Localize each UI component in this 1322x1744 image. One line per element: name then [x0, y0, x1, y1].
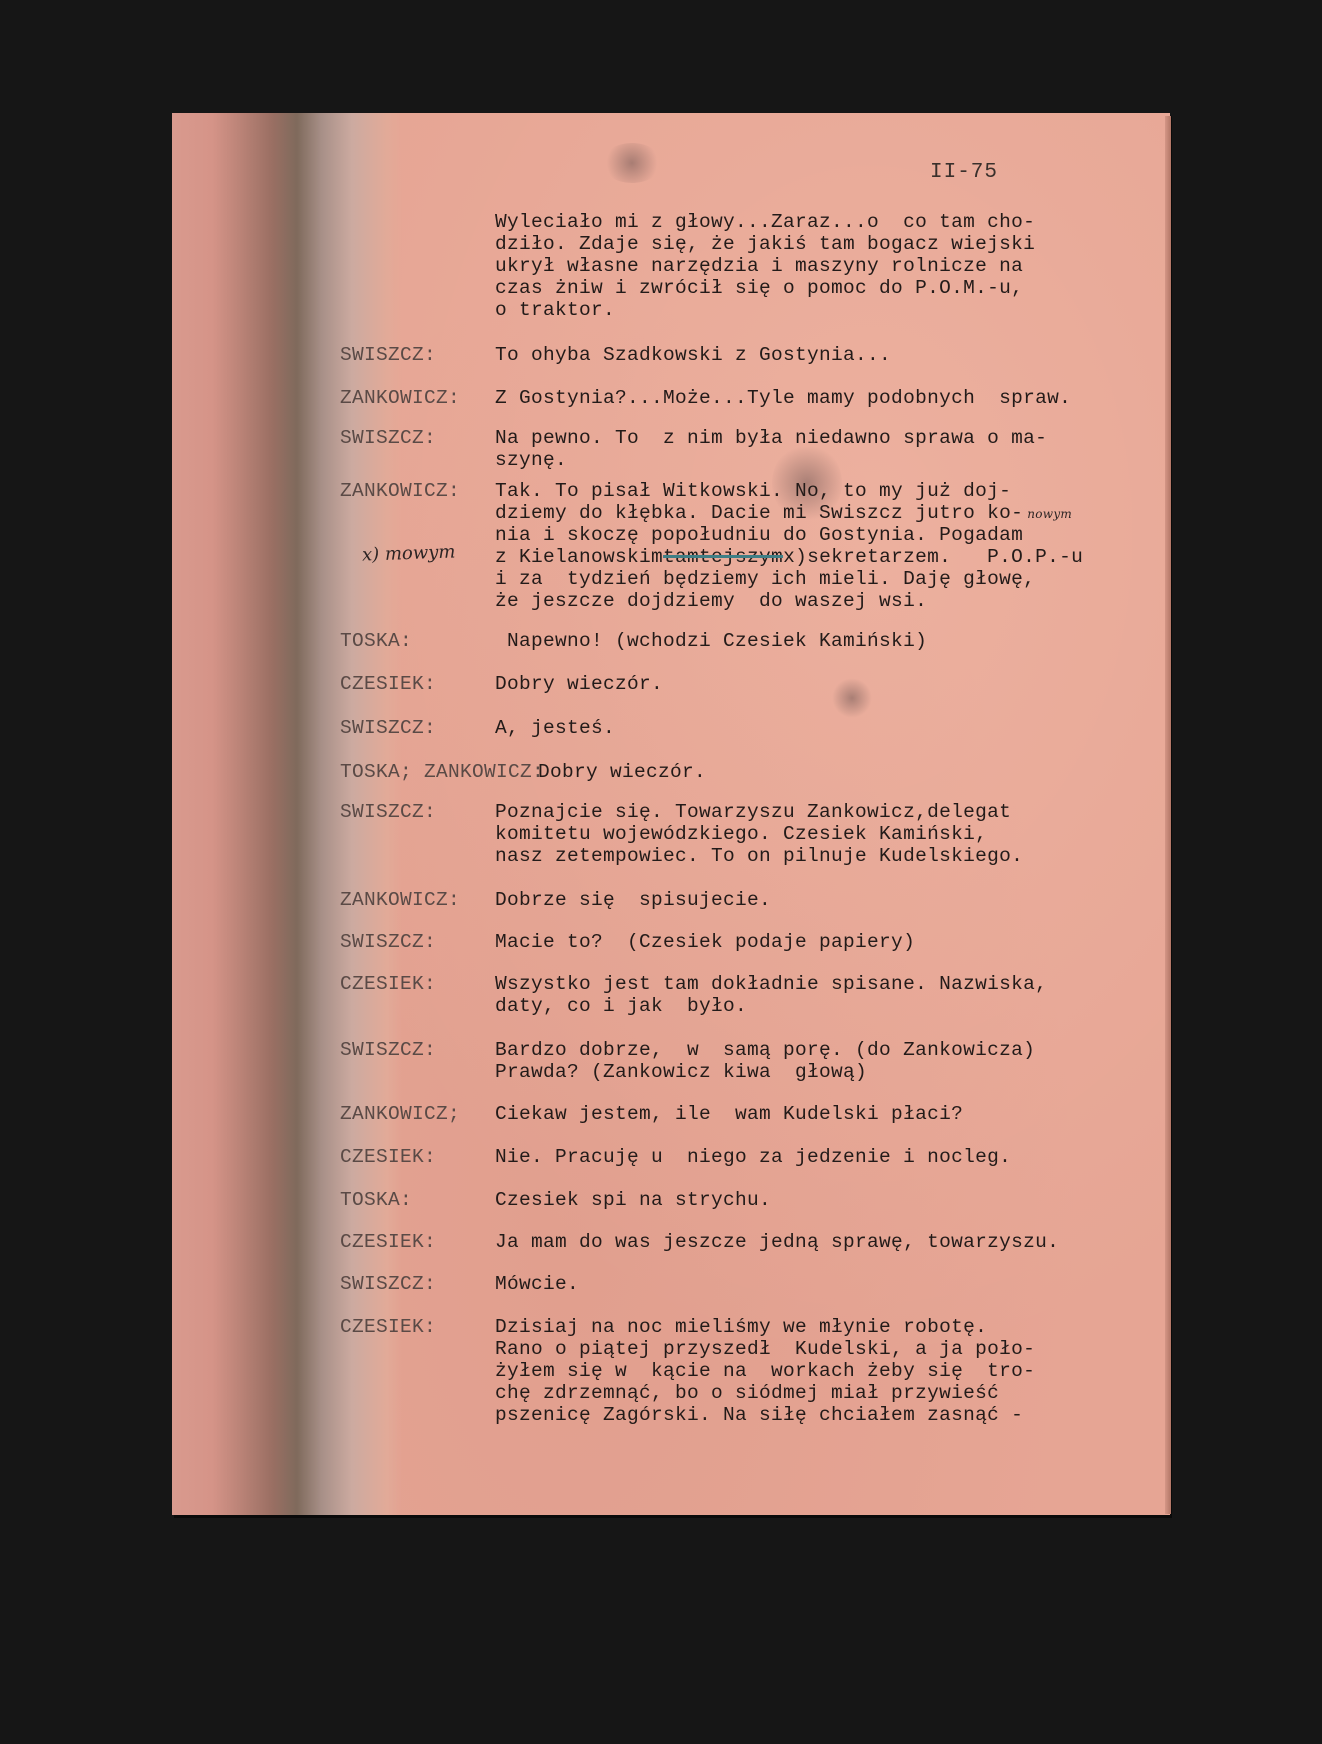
speaker-label: ZANKOWICZ:	[340, 387, 460, 409]
dialogue-line: ukrył własne narzędzia i maszyny rolnicz…	[495, 255, 1023, 277]
dialogue-line: o traktor.	[495, 299, 615, 321]
page-stack-edge	[1165, 116, 1171, 1514]
dialogue-line: daty, co i jak było.	[495, 995, 747, 1017]
speaker-label: CZESIEK:	[340, 1146, 436, 1168]
dialogue-line: chę zdrzemnąć, bo o siódmej miał przywie…	[495, 1382, 999, 1404]
dialogue-line: To ohyba Szadkowski z Gostynia...	[495, 344, 891, 366]
dialogue-line: i za tydzień będziemy ich mieli. Daję gł…	[495, 568, 1035, 590]
dialogue-line: Ja mam do was jeszcze jedną sprawę, towa…	[495, 1231, 1059, 1253]
dialogue-line: Wyleciało mi z głowy...Zaraz...o co tam …	[495, 211, 1035, 233]
dialogue-line: A, jesteś.	[495, 717, 615, 739]
dialogue-line: nasz zetempowiec. To on pilnuje Kudelski…	[495, 845, 1023, 867]
speaker-label: SWISZCZ:	[340, 717, 436, 739]
dialogue-line-rest: x)sekretarzem. P.O.P.-u	[783, 546, 1083, 568]
speaker-label: CZESIEK:	[340, 673, 436, 695]
dialogue-line: Macie to? (Czesiek podaje papiery)	[495, 931, 915, 953]
dialogue-line: Mówcie.	[495, 1273, 579, 1295]
speaker-label: TOSKA:	[340, 1189, 412, 1211]
speaker-label: SWISZCZ:	[340, 344, 436, 366]
speaker-label: ZANKOWICZ;	[340, 1103, 460, 1125]
dialogue-line: że jeszcze dojdziemy do waszej wsi.	[495, 590, 927, 612]
speaker-label: ZANKOWICZ:	[340, 889, 460, 911]
dialogue-line: Napewno! (wchodzi Czesiek Kamiński)	[495, 630, 927, 652]
dialogue-line: Dobrze się spisujecie.	[495, 889, 771, 911]
dialogue-line: Wszystko jest tam dokładnie spisane. Naz…	[495, 973, 1047, 995]
speaker-label: TOSKA; ZANKOWICZ:	[340, 761, 544, 783]
dialogue-line: Z Gostynia?...Może...Tyle mamy podobnych…	[495, 387, 1071, 409]
dialogue-line: Bardzo dobrze, w samą porę. (do Zankowic…	[495, 1039, 1035, 1061]
dialogue-line: Poznajcie się. Towarzyszu Zankowicz,dele…	[495, 801, 1011, 823]
dialogue-line: z Kielanowskimtamtejszymx)sekretarzem. P…	[495, 546, 1083, 568]
speaker-label: SWISZCZ:	[340, 931, 436, 953]
handwritten-margin-note: x) mowym	[362, 541, 456, 565]
speaker-label: SWISZCZ:	[340, 801, 436, 823]
dialogue-line: Rano o piątej przyszedł Kudelski, a ja p…	[495, 1338, 1035, 1360]
dialogue-line: Tak. To pisał Witkowski. No, to my już d…	[495, 480, 1011, 502]
dialogue-line: komitetu wojewódzkiego. Czesiek Kamiński…	[495, 823, 987, 845]
typewritten-page: II-75 Wyleciało mi z głowy...Zaraz...o c…	[172, 113, 1170, 1515]
speaker-label: CZESIEK:	[340, 1316, 436, 1338]
speaker-label: SWISZCZ:	[340, 427, 436, 449]
dialogue-line: szynę.	[495, 449, 567, 471]
dialogue-line: Dobry wieczór.	[495, 673, 663, 695]
dialogue-line: czas żniw i zwrócił się o pomoc do P.O.M…	[495, 277, 1023, 299]
stain	[832, 678, 872, 718]
page-number: II-75	[930, 161, 998, 184]
dialogue-line: żyłem się w kącie na workach żeby się tr…	[495, 1360, 1035, 1382]
dialogue-line: Nie. Pracuję u niego za jedzenie i nocle…	[495, 1146, 1011, 1168]
dialogue-line: Czesiek spi na strychu.	[495, 1189, 771, 1211]
stain	[602, 143, 662, 183]
speaker-label: TOSKA:	[340, 630, 412, 652]
dialogue-line: Na pewno. To z nim była niedawno sprawa …	[495, 427, 1047, 449]
dialogue-line: dziło. Zdaje się, że jakiś tam bogacz wi…	[495, 233, 1035, 255]
speaker-label: CZESIEK:	[340, 1231, 436, 1253]
handwritten-edge-note: nowym	[1023, 507, 1072, 521]
dialogue-line: Prawda? (Zankowicz kiwa głową)	[495, 1061, 867, 1083]
speaker-label: SWISZCZ:	[340, 1039, 436, 1061]
speaker-label: SWISZCZ:	[340, 1273, 436, 1295]
speaker-label: ZANKOWICZ:	[340, 480, 460, 502]
struck-out-word: tamtejszym	[663, 546, 783, 568]
dialogue-line: Dzisiaj na noc mieliśmy we młynie robotę…	[495, 1316, 987, 1338]
dialogue-line: Ciekaw jestem, ile wam Kudelski płaci?	[495, 1103, 963, 1125]
dialogue-line: Dobry wieczór.	[538, 761, 706, 783]
dialogue-line: pszenicę Zagórski. Na siłę chciałem zasn…	[495, 1404, 1023, 1426]
dialogue-line: nia i skoczę popołudniu do Gostynia. Pog…	[495, 524, 1023, 546]
dialogue-line: dziemy do kłębka. Dacie mi Swiszcz jutro…	[495, 502, 1072, 524]
speaker-label: CZESIEK:	[340, 973, 436, 995]
